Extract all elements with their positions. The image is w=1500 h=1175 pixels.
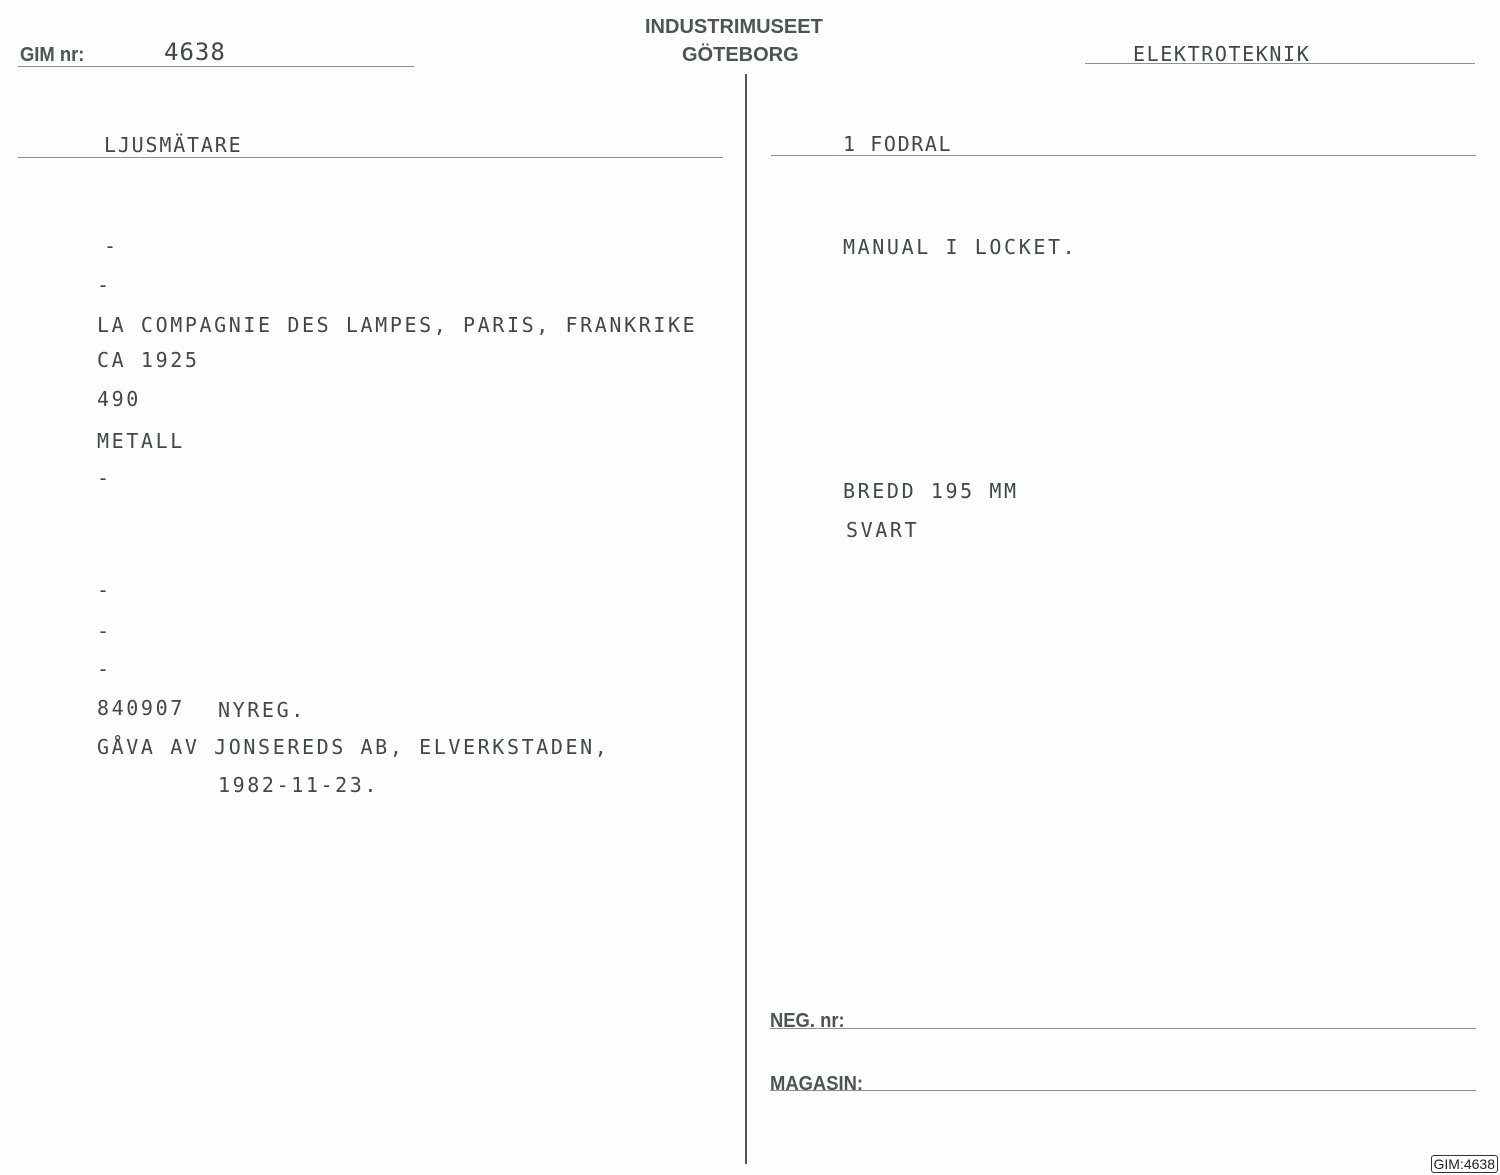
- gim-number-underline: [18, 66, 414, 67]
- accessory: 1 FODRAL: [843, 132, 952, 156]
- field-dash: -: [97, 578, 112, 602]
- registration-date: 840907: [97, 696, 185, 720]
- count-value: 490: [97, 387, 141, 411]
- registration-note: NYREG.: [218, 698, 306, 722]
- institution-line2: GÖTEBORG: [682, 44, 799, 67]
- field-dash: -: [97, 273, 112, 297]
- column-divider: [745, 74, 747, 1164]
- magasin-underline: [770, 1090, 1476, 1091]
- neg-number-underline: [770, 1028, 1476, 1029]
- date-made: CA 1925: [97, 348, 200, 372]
- manufacturer: LA COMPAGNIE DES LAMPES, PARIS, FRANKRIK…: [97, 313, 697, 337]
- accessory-underline: [771, 155, 1476, 156]
- magasin-label: MAGASIN:: [770, 1073, 863, 1096]
- gim-number-label: GIM nr:: [20, 44, 84, 67]
- provenance-line1: GÅVA AV JONSEREDS AB, ELVERKSTADEN,: [97, 735, 609, 759]
- gim-number-value: 4638: [164, 38, 226, 66]
- note: MANUAL I LOCKET.: [843, 235, 1077, 259]
- field-dash: -: [97, 657, 112, 681]
- material: METALL: [97, 429, 185, 453]
- provenance-line2: 1982-11-23.: [218, 773, 379, 797]
- object-name-underline: [18, 157, 723, 158]
- id-stamp: GIM:4638: [1431, 1155, 1498, 1173]
- field-dash: -: [97, 466, 112, 490]
- category-underline: [1085, 63, 1475, 64]
- field-dash: -: [104, 234, 119, 258]
- neg-number-label: NEG. nr:: [770, 1010, 845, 1033]
- color: SVART: [846, 518, 919, 542]
- object-name: LJUSMÄTARE: [104, 133, 242, 157]
- institution-line1: INDUSTRIMUSEET: [645, 16, 823, 39]
- field-dash: -: [97, 619, 112, 643]
- dimension-width: BREDD 195 MM: [843, 479, 1019, 503]
